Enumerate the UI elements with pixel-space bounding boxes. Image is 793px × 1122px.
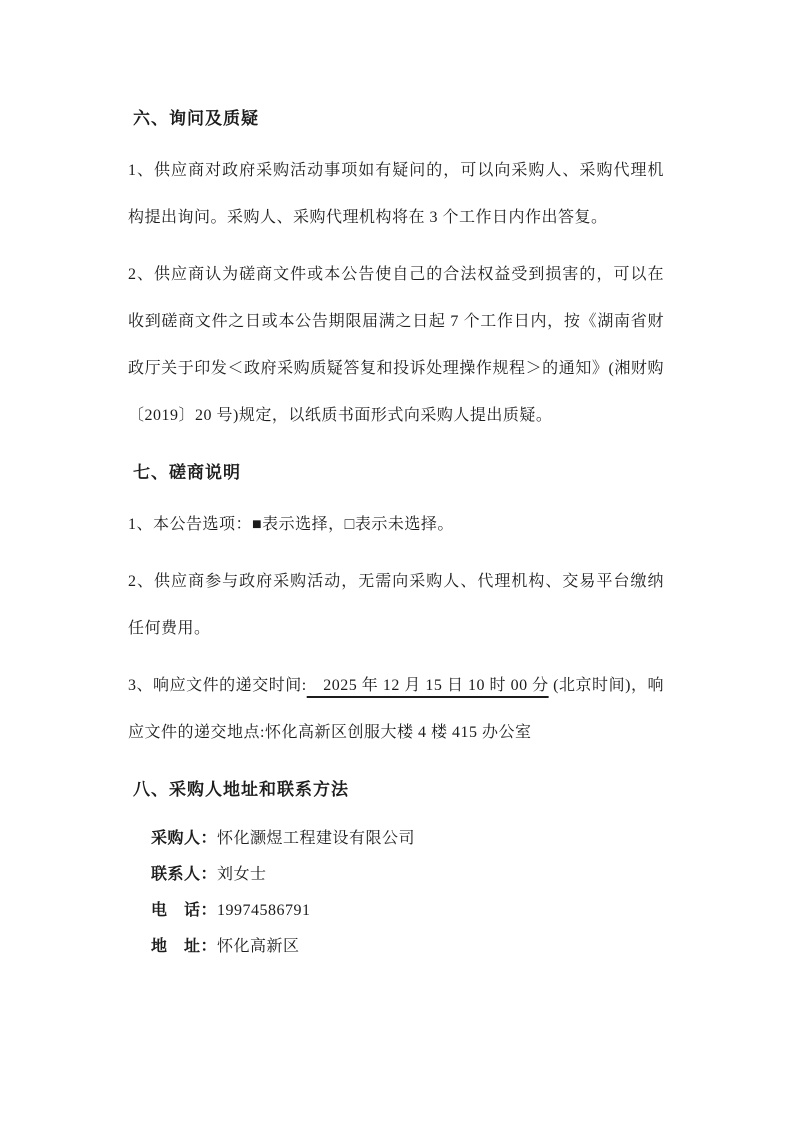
- purchaser-label: 采购人：: [151, 830, 217, 847]
- section-heading-consultation: 七、磋商说明: [133, 449, 664, 496]
- submission-prefix: 3、响应文件的递交时间:: [128, 677, 307, 694]
- paragraph-consultation-2: 2、供应商参与政府采购活动，无需向采购人、代理机构、交易平台缴纳任何费用。: [128, 558, 664, 652]
- purchaser-value: 怀化灏煜工程建设有限公司: [217, 830, 415, 847]
- contact-person-label: 联系人：: [151, 866, 217, 883]
- phone-value: 19974586791: [217, 902, 311, 919]
- contact-person-value: 刘女士: [217, 866, 267, 883]
- contact-row-person: 联系人：刘女士: [151, 857, 664, 893]
- section-heading-contact: 八、采购人地址和联系方法: [133, 766, 664, 813]
- address-value: 怀化高新区: [217, 938, 300, 955]
- contact-row-address: 地 址：怀化高新区: [151, 929, 664, 965]
- address-label: 地 址：: [151, 938, 217, 955]
- document-page: 六、询问及质疑 1、供应商对政府采购活动事项如有疑问的，可以向采购人、采购代理机…: [0, 0, 793, 1122]
- contact-row-phone: 电 话：19974586791: [151, 893, 664, 929]
- phone-label: 电 话：: [151, 902, 217, 919]
- contact-block: 采购人：怀化灏煜工程建设有限公司 联系人：刘女士 电 话：19974586791…: [151, 821, 664, 965]
- paragraph-submission: 3、响应文件的递交时间: 2025 年 12 月 15 日 10 时 00 分 …: [128, 662, 664, 756]
- paragraph-consultation-1: 1、本公告选项：■表示选择，□表示未选择。: [128, 501, 664, 548]
- section-heading-inquiry: 六、询问及质疑: [133, 95, 664, 142]
- paragraph-inquiry-2: 2、供应商认为磋商文件或本公告使自己的合法权益受到损害的，可以在收到磋商文件之日…: [128, 251, 664, 439]
- contact-row-purchaser: 采购人：怀化灏煜工程建设有限公司: [151, 821, 664, 857]
- submission-deadline: 2025 年 12 月 15 日 10 时 00 分: [307, 677, 549, 694]
- paragraph-inquiry-1: 1、供应商对政府采购活动事项如有疑问的，可以向采购人、采购代理机构提出询问。采购…: [128, 147, 664, 241]
